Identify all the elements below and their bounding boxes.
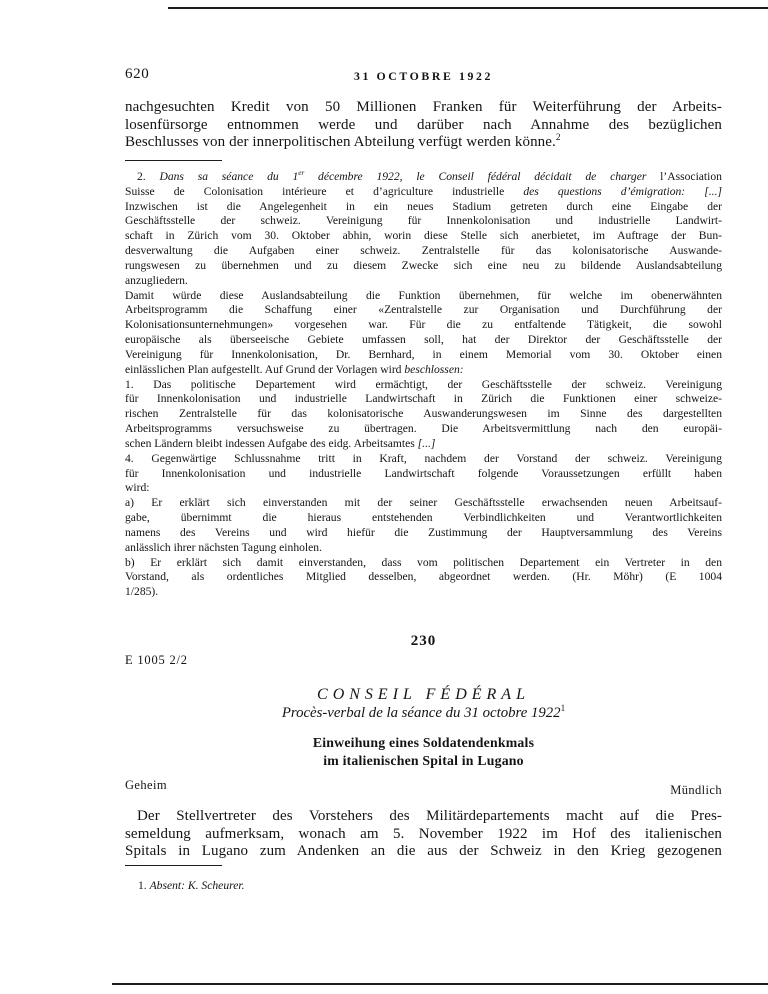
document-number: 230 [125,633,722,650]
authority-heading: CONSEIL FÉDÉRAL [125,686,722,704]
footnote-separator-bottom [125,865,222,866]
document-title-line-1: Einweihung eines Soldatendenkmals [125,734,722,752]
archive-reference: E 1005 2/2 [125,653,722,668]
session-subtitle: Procès-verbal de la séance du 31 octobre… [125,704,722,722]
body-paragraph: Der Stellvertreter des Vorstehers des Mi… [125,808,722,861]
footnote-2-block: 2. Dans sa séance du 1er décembre 1922, … [125,170,722,600]
mode-label: Mündlich [125,783,722,798]
footnote-1-block: 1. Absent: K. Scheurer. [125,879,722,894]
footnote-separator-top [125,160,222,161]
intro-paragraph: nachgesuchten Kredit von 50 Millionen Fr… [125,99,722,152]
document-title-line-2: im italienischen Spital in Lugano [125,752,722,770]
running-header-date: 31 OCTOBRE 1922 [125,69,722,84]
page-content: 620 31 OCTOBRE 1922 nachgesuchten Kredit… [125,0,722,994]
document-title: Einweihung eines Soldatendenkmals im ita… [125,734,722,770]
scanned-document-page: 620 31 OCTOBRE 1922 nachgesuchten Kredit… [0,0,768,994]
